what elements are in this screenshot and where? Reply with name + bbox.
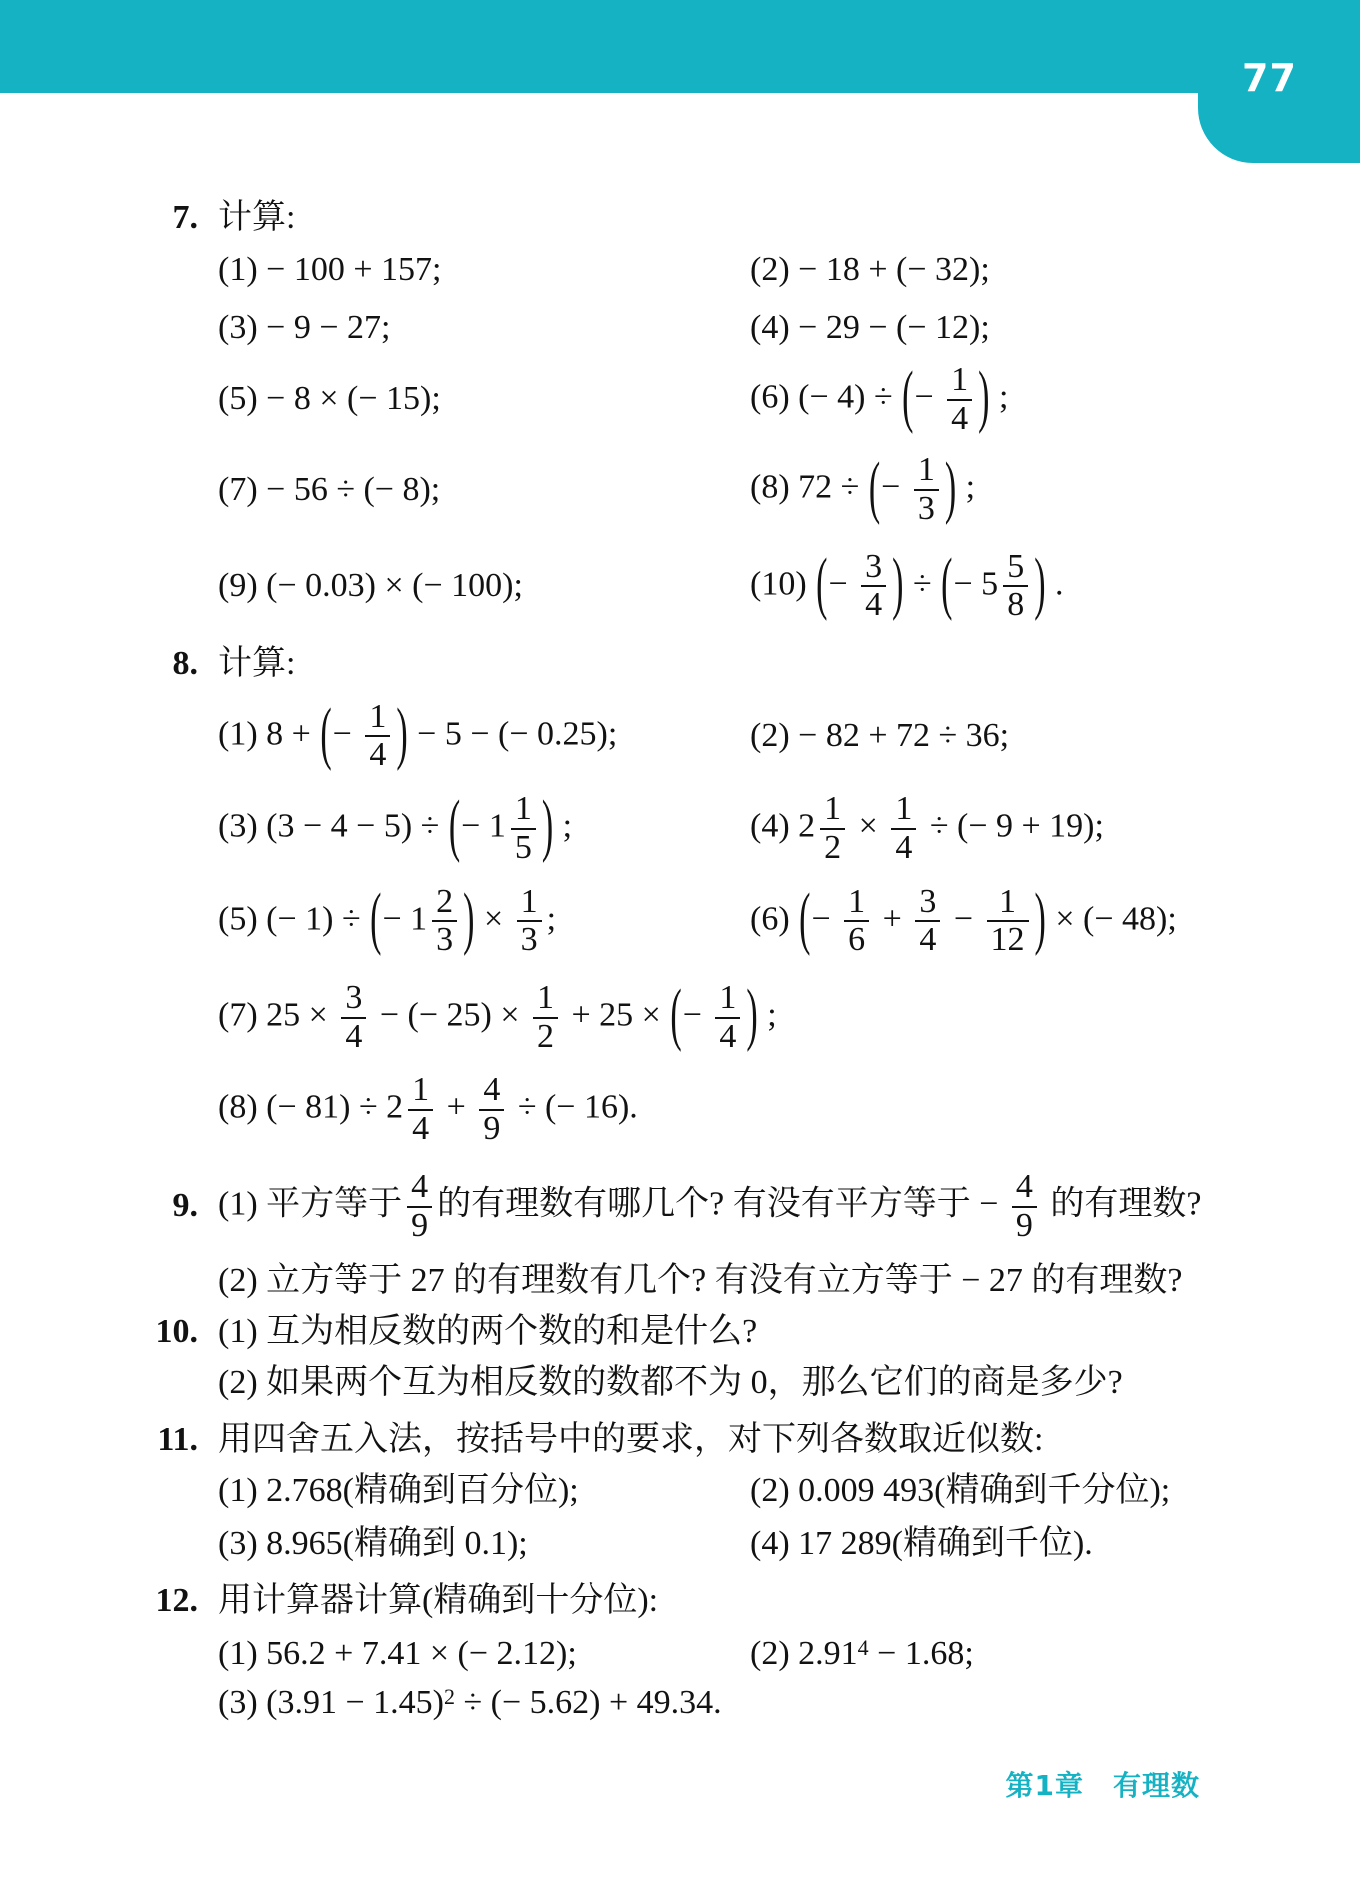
- p11-item-1: (1) 2.768(精确到百分位);: [218, 1471, 750, 1512]
- problem-11-number: 11.: [138, 1420, 198, 1461]
- p7-item-10: (10) (− 34) ÷ (− 558) .: [750, 549, 1064, 624]
- p7-item-4: (4) − 29 − (− 12);: [750, 308, 990, 349]
- problem-8-row-4: (7) 25 × 34 − (− 25) × 12 + 25 × (− 14) …: [138, 980, 1300, 1055]
- problem-7-row-3: (5) − 8 × (− 15);(6) (− 4) ÷ (− 14) ;: [138, 362, 1300, 437]
- problem-10-row-2: (2) 如果两个互为相反数的数都不为 0，那么它们的商是多少?: [138, 1362, 1300, 1405]
- problem-7-head: 7.计算:: [138, 196, 1300, 239]
- problem-9-row-2: (2) 立方等于 27 的有理数有几个? 有没有立方等于 − 27 的有理数?: [138, 1259, 1300, 1302]
- p10-item-2: (2) 如果两个互为相反数的数都不为 0，那么它们的商是多少?: [218, 1363, 1123, 1404]
- p8-item-8: (8) (− 81) ÷ 214 + 49 ÷ (− 16).: [218, 1072, 638, 1147]
- problem-7-row-2: (3) − 9 − 27;(4) − 29 − (− 12);: [138, 306, 1300, 349]
- problem-8-title: 计算:: [218, 644, 295, 685]
- problem-10-number: 10.: [138, 1312, 198, 1353]
- problem-9-head: 9.(1) 平方等于49的有理数有哪几个? 有没有平方等于 − 49 的有理数?: [138, 1169, 1300, 1244]
- p7-item-8: (8) 72 ÷ (− 13) ;: [750, 452, 975, 527]
- problem-11-row-2: (3) 8.965(精确到 0.1);(4) 17 289(精确到千位).: [138, 1522, 1300, 1565]
- p7-item-2: (2) − 18 + (− 32);: [750, 250, 990, 291]
- problem-7-title: 计算:: [218, 198, 295, 239]
- p8-item-4: (4) 212 × 14 ÷ (− 9 + 19);: [750, 791, 1104, 866]
- p8-item-3: (3) (3 − 4 − 5) ÷ (− 115) ;: [218, 791, 750, 866]
- p8-item-1: (1) 8 + (− 14) − 5 − (− 0.25);: [218, 699, 750, 774]
- p7-item-1: (1) − 100 + 157;: [218, 250, 750, 291]
- p8-item-5: (5) (− 1) ÷ (− 123) × 13;: [218, 884, 750, 959]
- problem-12-number: 12.: [138, 1581, 198, 1622]
- p12-item-3: (3) (3.91 − 1.45)2 ÷ (− 5.62) + 49.34.: [218, 1683, 722, 1724]
- p7-item-9: (9) (− 0.03) × (− 100);: [218, 566, 750, 607]
- problem-8-row-5: (8) (− 81) ÷ 214 + 49 ÷ (− 16).: [138, 1072, 1300, 1147]
- p11-item-2: (2) 0.009 493(精确到千分位);: [750, 1471, 1170, 1512]
- problem-7-row-4: (7) − 56 ÷ (− 8);(8) 72 ÷ (− 13) ;: [138, 452, 1300, 527]
- problem-7-row-5: (9) (− 0.03) × (− 100);(10) (− 34) ÷ (− …: [138, 549, 1300, 624]
- p7-item-6: (6) (− 4) ÷ (− 14) ;: [750, 362, 1008, 437]
- problem-11-head: 11.用四舍五入法，按括号中的要求，对下列各数取近似数:: [138, 1418, 1300, 1461]
- p9-item-2: (2) 立方等于 27 的有理数有几个? 有没有立方等于 − 27 的有理数?: [218, 1261, 1183, 1302]
- problem-8-row-3: (5) (− 1) ÷ (− 123) × 13;(6) (− 16 + 34 …: [138, 884, 1300, 959]
- problem-9-number: 9.: [138, 1186, 198, 1227]
- p12-item-2: (2) 2.914 − 1.68;: [750, 1634, 974, 1675]
- p11-item-4: (4) 17 289(精确到千位).: [750, 1524, 1093, 1565]
- problem-12-head: 12.用计算器计算(精确到十分位):: [138, 1579, 1300, 1622]
- problem-11-title: 用四舍五入法，按括号中的要求，对下列各数取近似数:: [218, 1420, 1043, 1461]
- p8-item-7: (7) 25 × 34 − (− 25) × 12 + 25 × (− 14) …: [218, 980, 777, 1055]
- problem-11-row-1: (1) 2.768(精确到百分位);(2) 0.009 493(精确到千分位);: [138, 1470, 1300, 1513]
- problem-8-row-2: (3) (3 − 4 − 5) ÷ (− 115) ;(4) 212 × 14 …: [138, 791, 1300, 866]
- textbook-page: 77 7.计算: (1) − 100 + 157;(2) − 18 + (− 3…: [0, 0, 1360, 1885]
- p12-item-1: (1) 56.2 + 7.41 × (− 2.12);: [218, 1634, 750, 1675]
- p7-item-7: (7) − 56 ÷ (− 8);: [218, 470, 750, 511]
- chapter-footer: 第1章 有理数: [138, 1769, 1300, 1803]
- problem-10-head: 10.(1) 互为相反数的两个数的和是什么?: [138, 1310, 1300, 1353]
- problem-8-number: 8.: [138, 644, 198, 685]
- exercise-content: 7.计算: (1) − 100 + 157;(2) − 18 + (− 32);…: [138, 0, 1300, 1802]
- p7-item-3: (3) − 9 − 27;: [218, 308, 750, 349]
- p7-item-5: (5) − 8 × (− 15);: [218, 379, 750, 420]
- problem-7-number: 7.: [138, 198, 198, 239]
- p8-item-2: (2) − 82 + 72 ÷ 36;: [750, 716, 1009, 757]
- p11-item-3: (3) 8.965(精确到 0.1);: [218, 1524, 750, 1565]
- problem-7-row-1: (1) − 100 + 157;(2) − 18 + (− 32);: [138, 249, 1300, 292]
- problem-8-row-1: (1) 8 + (− 14) − 5 − (− 0.25);(2) − 82 +…: [138, 699, 1300, 774]
- p10-item-1: (1) 互为相反数的两个数的和是什么?: [218, 1312, 757, 1353]
- p9-item-1: (1) 平方等于49的有理数有哪几个? 有没有平方等于 − 49 的有理数?: [218, 1169, 1202, 1244]
- problem-8-head: 8.计算:: [138, 642, 1300, 685]
- problem-12-row-2: (3) (3.91 − 1.45)2 ÷ (− 5.62) + 49.34.: [138, 1681, 1300, 1724]
- problem-12-title: 用计算器计算(精确到十分位):: [218, 1581, 658, 1622]
- problem-12-row-1: (1) 56.2 + 7.41 × (− 2.12);(2) 2.914 − 1…: [138, 1632, 1300, 1675]
- p8-item-6: (6) (− 16 + 34 − 112) × (− 48);: [750, 884, 1177, 959]
